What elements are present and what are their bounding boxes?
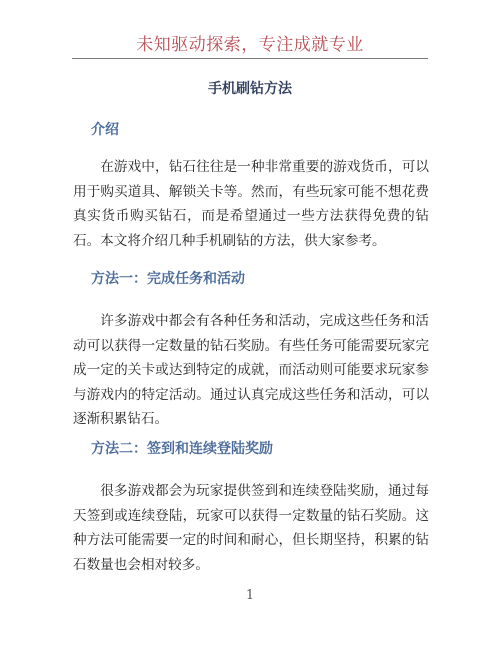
section-body-method-2: 很多游戏都会为玩家提供签到和连续登陆奖励，通过每天签到或连续登陆，玩家可以获得一… xyxy=(73,479,429,577)
document-title: 手机刷钻方法 xyxy=(72,80,428,98)
page-number: 1 xyxy=(240,588,260,603)
page-header-slogan: 未知驱动探索，专注成就专业 xyxy=(72,34,428,56)
section-heading-method-1: 方法一：完成任务和活动 xyxy=(91,270,245,288)
section-heading-method-2: 方法二：签到和连续登陆奖励 xyxy=(91,440,273,458)
section-body-method-1: 许多游戏中都会有各种任务和活动，完成这些任务和活动可以获得一定数量的钻石奖励。有… xyxy=(73,309,429,432)
section-heading-intro: 介绍 xyxy=(91,121,119,139)
header-divider xyxy=(72,58,428,59)
section-body-intro: 在游戏中，钻石往往是一种非常重要的游戏货币，可以用于购买道具、解锁关卡等。然而，… xyxy=(73,155,429,253)
